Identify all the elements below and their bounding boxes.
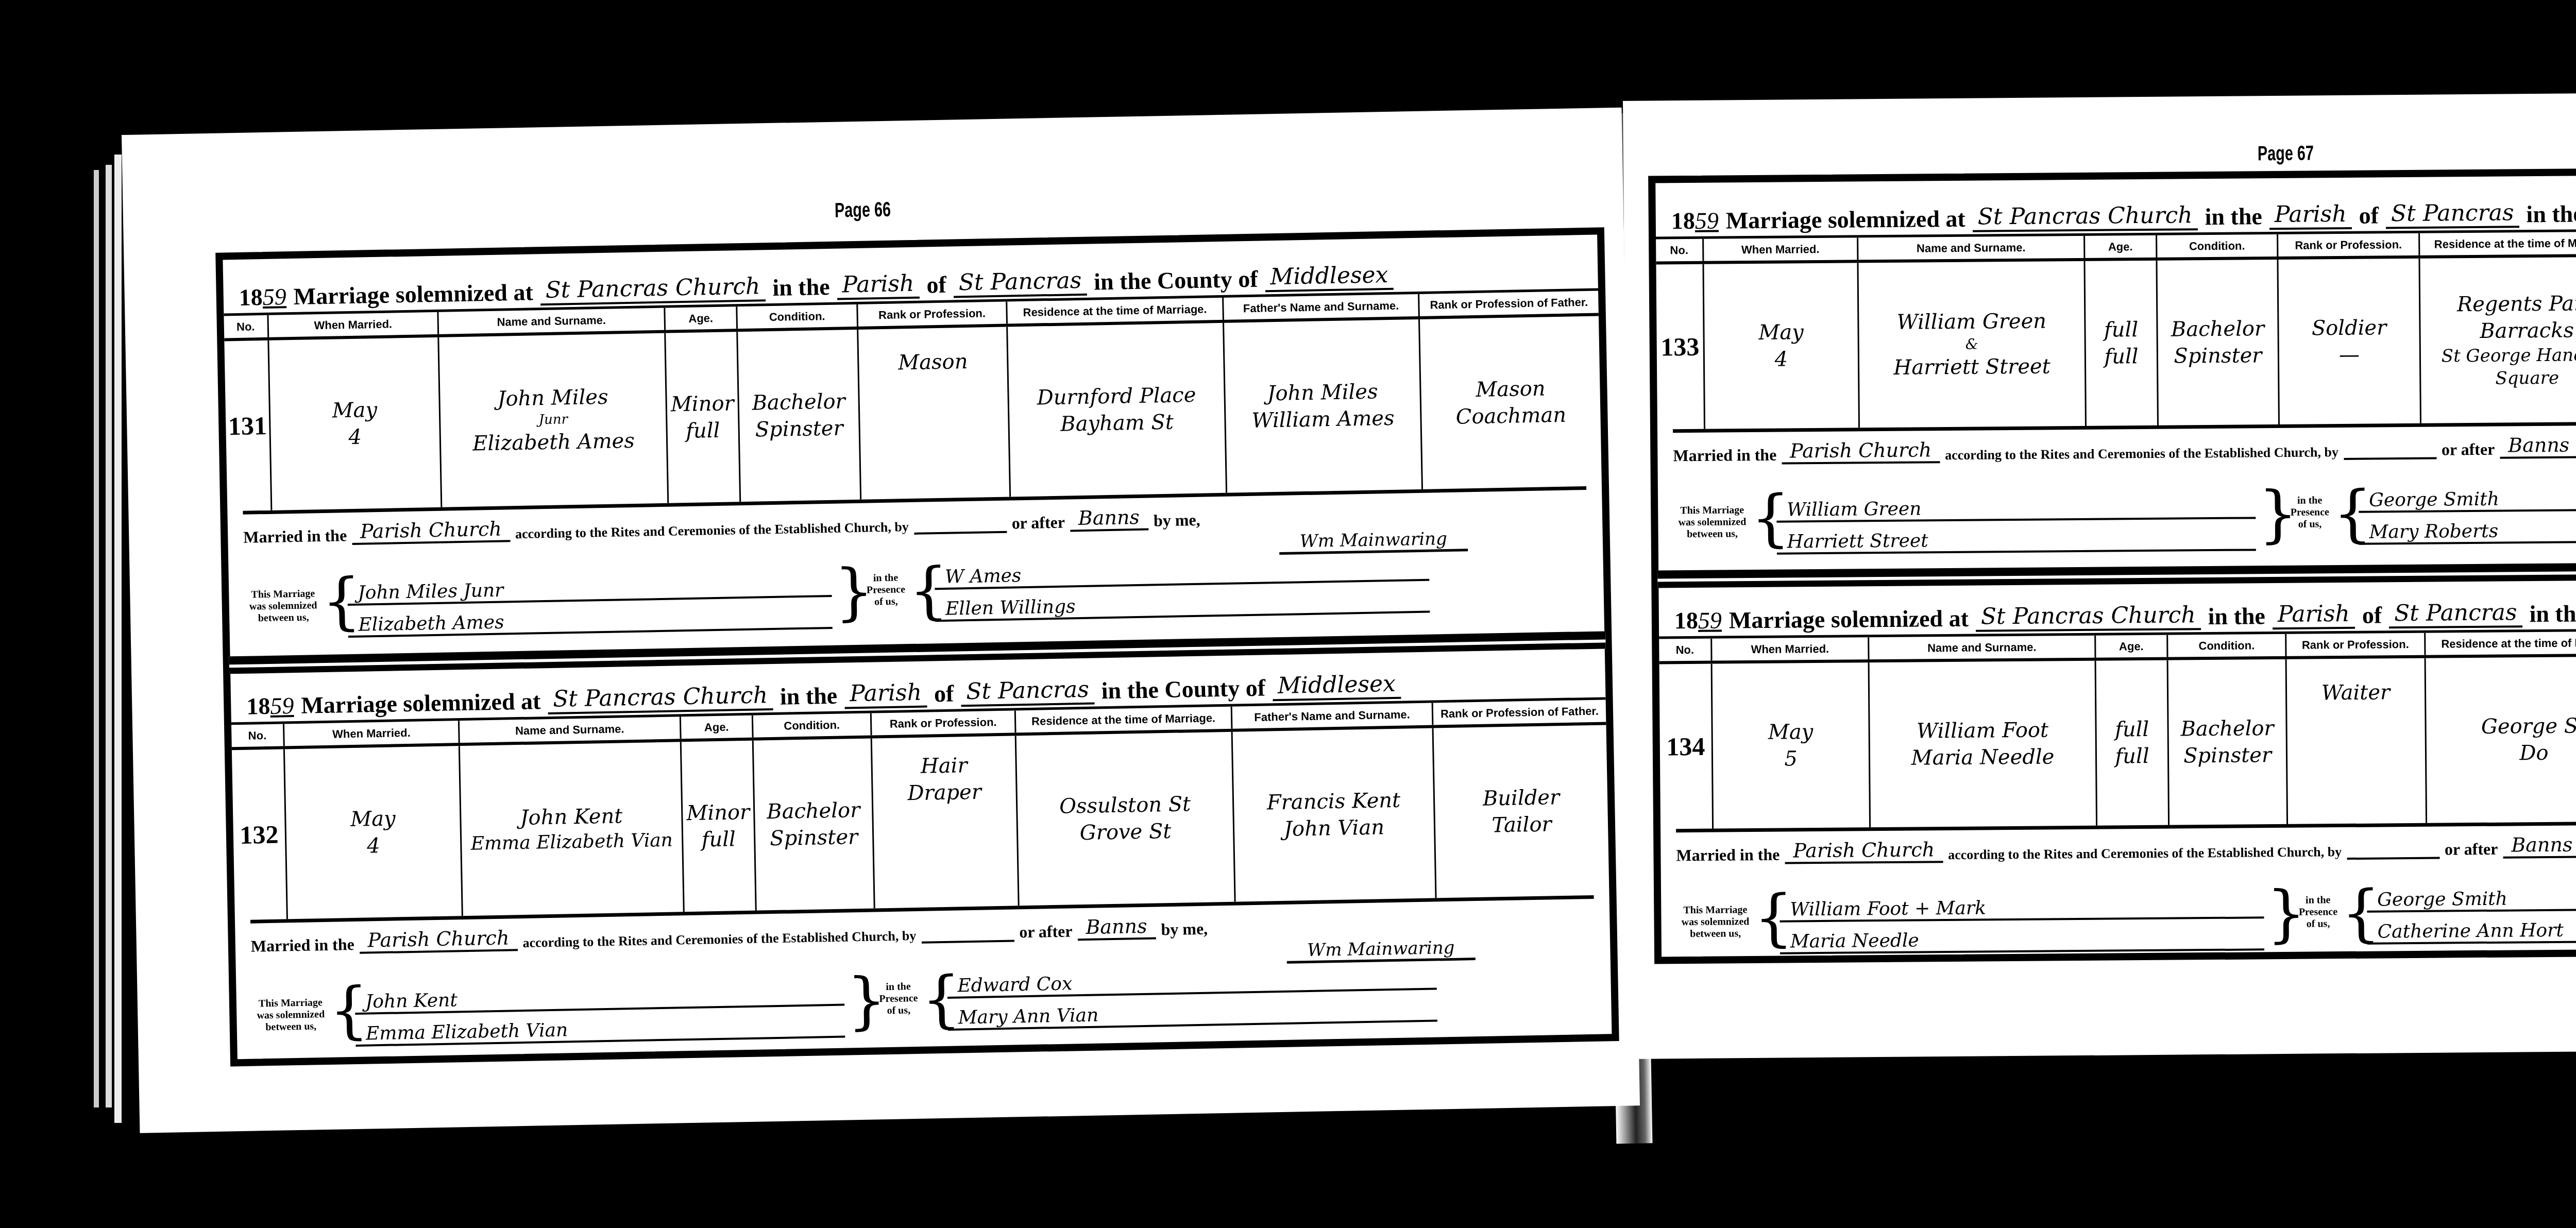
bride-condition: Spinster — [2174, 342, 2262, 369]
spouse-signature-2: Maria Needle — [1780, 922, 2264, 954]
bride-father: John Vian — [1284, 814, 1385, 843]
married-in-label: Married in the — [251, 935, 354, 956]
solemnized-between-label: This Marriage was solemnized between us, — [252, 997, 330, 1034]
witness-signature-2: Catherine Ann Hort — [2367, 912, 2576, 944]
rites-label: according to the Rites and Ceremonies of… — [1948, 844, 2342, 863]
in-the-label: in the — [772, 273, 830, 301]
witness-signature-1: W Ames — [934, 552, 1429, 590]
officiant-signature: Wm Mainwaring — [1286, 937, 1476, 964]
groom-rank: Hair Draper — [903, 752, 986, 807]
col-rank: Rank or Profession. — [2277, 233, 2418, 257]
groom-residence: Durnford Place — [1037, 382, 1196, 412]
after-label: or after — [1011, 513, 1065, 533]
cell-condition: BachelorSpinster — [2156, 260, 2278, 425]
cell-condition: BachelorSpinster — [736, 330, 860, 502]
entry-number: 133 — [1660, 332, 1699, 362]
licence-blank — [2344, 457, 2436, 460]
col-no: No. — [1659, 639, 1710, 661]
col-residence: Residence at the time of Marriage. — [1006, 298, 1223, 324]
cell-no: 133 — [1656, 264, 1704, 430]
groom-rank: Waiter — [2321, 679, 2391, 706]
page-stack-edge — [106, 165, 112, 1107]
month: May — [1758, 319, 1804, 346]
cell-age: Minorfull — [680, 741, 755, 912]
marriage-entry-134: 1859 Marriage solemnized at St Pancras C… — [1658, 577, 2576, 964]
year-handwritten: 59 — [1698, 607, 1722, 634]
bride-age: full — [2115, 743, 2149, 770]
of-label: of — [934, 680, 954, 708]
county-label: in the County of — [1094, 265, 1258, 296]
groom-age: Minor — [670, 390, 734, 418]
cell-names: William FootMaria Needle — [1868, 661, 2096, 827]
officiant-signature: Wm Mainwaring — [1279, 528, 1468, 555]
col-when-married: When Married. — [267, 312, 437, 337]
bride-residence: Grove St — [1079, 818, 1172, 846]
name-note: & — [1965, 335, 1978, 354]
col-father-name: Father's Name and Surname. — [1231, 703, 1432, 729]
signature-block: This Marriage was solemnized between us,… — [1676, 884, 2576, 971]
cell-when: May4 — [267, 337, 440, 510]
solemnized-between-label: This Marriage was solemnized between us, — [1673, 504, 1751, 540]
county-label: in the County of — [2529, 599, 2576, 627]
cell-residence: Durnford PlaceBayham St — [1006, 323, 1226, 497]
by-me-label: by me, — [1154, 510, 1200, 531]
marriage-entry-132: 1859 Marriage solemnized at St Pancras C… — [230, 649, 1612, 1065]
cell-rank: Waiter — [2285, 658, 2426, 824]
county-name: Middlesex — [1265, 262, 1394, 293]
month: May — [1768, 719, 1814, 746]
marriage-entry-131: 1859 Marriage solemnized at St Pancras C… — [223, 235, 1604, 657]
groom-name: William Foot — [1917, 717, 2048, 745]
bride-age: full — [701, 826, 736, 853]
rites-label: according to the Rites and Ceremonies of… — [522, 928, 916, 951]
col-age: Age. — [680, 715, 752, 739]
presence-label: in the Presence of us, — [2295, 894, 2342, 930]
signature-block: This Marriage was solemnized between us,… — [1673, 484, 2576, 572]
cell-names: William Green&Harriett Street — [1857, 261, 2084, 428]
register-page-right: Page 67 1859 Marriage solemnized at St P… — [1623, 90, 2576, 1059]
col-when-married: When Married. — [283, 721, 459, 746]
entry-heading: 1859 Marriage solemnized at St Pancras C… — [1671, 173, 2576, 234]
col-rank: Rank or Profession. — [856, 302, 1006, 327]
witness-signature-1: Edward Cox — [947, 961, 1437, 999]
entry-row: 132 May4 John KentEmma Elizabeth Vian Mi… — [232, 725, 1609, 920]
entry-row: 133 May4 William Green&Harriett Street f… — [1656, 254, 2576, 430]
bride-father: William Ames — [1251, 405, 1395, 434]
groom-age: Minor — [686, 799, 750, 827]
bride-name: Maria Needle — [1911, 743, 2054, 771]
year-handwritten: 59 — [270, 692, 294, 720]
groom-name: John Miles — [497, 384, 608, 413]
cell-when: May4 — [1702, 263, 1858, 429]
signature-block: This Marriage was solemnized between us,… — [251, 963, 1596, 1065]
cell-rank: Soldier— — [2277, 259, 2420, 424]
year-prefix: 18 — [1674, 607, 1698, 634]
col-condition: Condition. — [736, 304, 857, 329]
after-label: or after — [2445, 840, 2498, 859]
groom-father: John Miles — [1267, 378, 1378, 407]
day: 5 — [1784, 745, 1798, 772]
col-father-rank: Rank or Profession of Father. — [1432, 700, 1606, 725]
year-handwritten: 59 — [262, 283, 286, 311]
col-name: Name and Surname. — [437, 308, 664, 334]
of-label: of — [2359, 201, 2379, 229]
cell-age: fullfull — [2083, 261, 2157, 426]
groom-condition: Bachelor — [767, 797, 860, 825]
col-condition: Condition. — [2156, 234, 2277, 258]
groom-residence: George St — [2481, 712, 2576, 740]
parish-name: St Pancras — [961, 676, 1094, 707]
bride-age: full — [686, 417, 720, 445]
cell-father-rank: MasonCoachman — [1418, 316, 1602, 489]
rites-label: according to the Rites and Ceremonies of… — [515, 519, 909, 542]
church-name: St Pancras Church — [1973, 202, 2198, 232]
entry-number: 132 — [240, 820, 279, 850]
groom-father-rank: Builder — [1483, 784, 1560, 812]
cell-father-name: Francis KentJohn Vian — [1231, 728, 1435, 902]
bride-father-rank: Tailor — [1492, 811, 1552, 839]
county-label: in the County of — [1101, 674, 1265, 705]
banns-value: Banns — [1077, 914, 1156, 941]
groom-residence: Ossulston St — [1059, 791, 1191, 820]
groom-condition: Bachelor — [2180, 715, 2274, 742]
name-note: Junr — [538, 411, 568, 429]
parish-word: Parish — [844, 679, 927, 709]
cell-no: 132 — [232, 749, 286, 920]
bride-residence: Do — [2519, 740, 2549, 766]
groom-age: full — [2104, 316, 2139, 344]
col-residence: Residence at the time of Marriage. — [1014, 707, 1231, 733]
groom-condition: Bachelor — [752, 388, 845, 416]
solemnized-label: Marriage solemnized at — [1726, 205, 1965, 234]
cell-names: John KentEmma Elizabeth Vian — [459, 742, 683, 916]
col-no: No. — [1656, 239, 1702, 262]
parish-name: St Pancras — [2386, 199, 2519, 229]
parish-name: St Pancras — [2389, 599, 2522, 628]
groom-age: full — [2115, 716, 2149, 743]
year-prefix: 18 — [239, 283, 263, 311]
month: May — [350, 805, 396, 833]
parish-word: Parish — [2273, 601, 2355, 629]
day: 4 — [367, 832, 380, 859]
year-prefix: 18 — [1671, 207, 1695, 234]
solemnized-between-label: This Marriage was solemnized between us, — [1676, 904, 1754, 940]
col-age: Age. — [664, 306, 736, 330]
bride-residence: Bayham St — [1060, 409, 1174, 438]
cell-when: May4 — [283, 746, 462, 919]
bride-father-rank: Coachman — [1455, 402, 1566, 431]
parish-word: Parish — [837, 270, 920, 300]
spouse-signature-1: William Foot + Mark — [1780, 890, 2264, 922]
bride-rank: — — [2339, 342, 2360, 368]
cell-names: John MilesJunrElizabeth Ames — [437, 333, 667, 507]
banns-value: Banns — [2500, 433, 2576, 458]
licence-blank — [922, 940, 1014, 944]
solemnized-between-label: This Marriage was solemnized between us, — [244, 588, 322, 625]
day: 4 — [1775, 346, 1788, 373]
col-condition: Condition. — [2166, 634, 2285, 657]
cell-residence: Ossulston StGrove St — [1015, 732, 1234, 906]
solemnized-label: Marriage solemnized at — [293, 278, 533, 310]
groom-rank: Mason — [898, 348, 968, 376]
married-in-value: Parish Church — [1785, 838, 1943, 864]
presence-label: in the Presence of us, — [875, 981, 922, 1017]
col-rank: Rank or Profession. — [2285, 633, 2424, 656]
married-in-value: Parish Church — [352, 517, 511, 545]
register-form: 1859 Marriage solemnized at St Pancras C… — [1648, 165, 2576, 964]
groom-rank: Soldier — [2312, 314, 2387, 342]
groom-residence: Regents Park Barracks — [2424, 289, 2576, 345]
col-residence: Residence at the time of Marriage. — [2424, 632, 2576, 655]
entry-row: 134 May5 William FootMaria Needle fullfu… — [1659, 654, 2576, 829]
cell-condition: BachelorSpinster — [752, 739, 874, 911]
year-handwritten: 59 — [1695, 207, 1719, 234]
witness-signature-2: Ellen Willings — [935, 584, 1430, 622]
cell-condition: BachelorSpinster — [2167, 659, 2287, 825]
after-label: or after — [1019, 922, 1073, 942]
cell-age: fullfull — [2095, 660, 2168, 826]
cell-father-rank: BuilderTailor — [1432, 725, 1609, 898]
col-name: Name and Surname. — [1857, 236, 2083, 260]
col-condition: Condition. — [752, 713, 871, 738]
cell-age: Minorfull — [664, 332, 739, 503]
entry-number: 134 — [1666, 731, 1705, 762]
spouse-signature-1: John Miles Junr — [347, 568, 832, 606]
of-label: of — [2362, 601, 2382, 628]
col-when-married: When Married. — [1710, 637, 1868, 660]
bride-age: full — [2104, 343, 2139, 370]
county-name: Middlesex — [1272, 671, 1401, 702]
bride-condition: Spinster — [2183, 742, 2272, 769]
witness-signature-2: Mary Ann Vian — [947, 993, 1437, 1030]
col-name: Name and Surname. — [1868, 636, 2094, 659]
marriage-entry-133: 1859 Marriage solemnized at St Pancras C… — [1655, 173, 2576, 570]
col-name: Name and Surname. — [458, 717, 680, 743]
witness-signature-1: George Smith — [2367, 880, 2576, 912]
register-form: 1859 Marriage solemnized at St Pancras C… — [215, 227, 1619, 1066]
cell-residence: George StDo — [2425, 657, 2576, 823]
parish-word: Parish — [2269, 201, 2352, 230]
married-in-label: Married in the — [1676, 845, 1780, 865]
month: May — [332, 397, 377, 424]
cell-residence: Regents Park BarracksSt George Hanover S… — [2418, 257, 2576, 423]
presence-label: in the Presence of us, — [862, 572, 909, 608]
col-when-married: When Married. — [1702, 237, 1857, 261]
year-prefix: 18 — [246, 692, 270, 720]
after-label: or after — [2442, 440, 2495, 459]
banns-value: Banns — [2503, 833, 2576, 858]
bride-condition: Spinster — [755, 415, 843, 443]
church-name: St Pancras Church — [1976, 602, 2201, 632]
day: 4 — [348, 424, 362, 451]
bride-residence: St George Hanover Square — [2424, 343, 2576, 390]
cell-father-name: John MilesWilliam Ames — [1223, 319, 1421, 493]
entry-number: 131 — [228, 411, 267, 441]
page-number: Page 67 — [2258, 142, 2314, 165]
groom-father-rank: Mason — [1476, 375, 1546, 403]
register-page-left: Page 66 1859 Marriage solemnized at St P… — [122, 108, 1640, 1133]
bride-name: Emma Elizabeth Vian — [470, 828, 673, 856]
col-father-rank: Rank or Profession of Father. — [1418, 291, 1599, 316]
spouse-signature-1: William Green — [1776, 490, 2256, 522]
parish-name: St Pancras — [953, 267, 1087, 298]
witness-signature-1: George Smith — [2359, 480, 2576, 513]
licence-blank — [2347, 857, 2439, 860]
by-me-label: by me, — [1161, 919, 1208, 940]
married-in-label: Married in the — [1673, 446, 1776, 466]
married-in-value: Parish Church — [359, 926, 518, 954]
col-rank: Rank or Profession. — [870, 710, 1015, 735]
solemnized-label: Marriage solemnized at — [1729, 605, 1969, 634]
page-number: Page 66 — [835, 198, 891, 223]
witness-signature-2: Mary Roberts — [2359, 512, 2576, 544]
bride-condition: Spinster — [770, 824, 858, 852]
groom-condition: Bachelor — [2171, 315, 2264, 343]
groom-father: Francis Kent — [1267, 787, 1401, 816]
spouse-signature-1: John Kent — [354, 977, 844, 1015]
in-the-label: in the — [780, 682, 838, 710]
col-no: No. — [231, 724, 283, 747]
church-name: St Pancras Church — [548, 682, 773, 714]
married-in-value: Parish Church — [1782, 438, 1940, 464]
solemnized-label: Marriage solemnized at — [301, 687, 541, 719]
cell-rank: Mason — [857, 327, 1009, 500]
page-stack-edge — [94, 170, 99, 1107]
banns-value: Banns — [1070, 506, 1148, 532]
in-the-label: in the — [2205, 202, 2262, 230]
cell-no: 131 — [224, 340, 270, 511]
entry-row: 131 May4 John MilesJunrElizabeth Ames Mi… — [224, 316, 1602, 511]
groom-name: William Green — [1897, 308, 2047, 335]
bride-name: Harriett Street — [1893, 353, 2050, 381]
rites-label: according to the Rites and Ceremonies of… — [1945, 445, 2338, 463]
church-name: St Pancras Church — [540, 273, 766, 305]
col-residence: Residence at the time of Marriage. — [2418, 232, 2576, 255]
married-in-label: Married in the — [243, 526, 347, 547]
presence-label: in the Presence of us, — [2286, 494, 2333, 531]
col-no: No. — [224, 315, 267, 338]
groom-name: John Kent — [520, 803, 623, 831]
col-father-name: Father's Name and Surname. — [1222, 294, 1418, 320]
cell-rank: Hair Draper — [871, 736, 1018, 908]
county-label: in the County of — [2526, 199, 2576, 228]
spouse-signature-2: Harriett Street — [1776, 522, 2256, 554]
of-label: of — [926, 271, 946, 299]
cell-no: 134 — [1659, 664, 1713, 829]
spouse-signature-2: Elizabeth Ames — [348, 600, 833, 638]
page-stack-edge — [114, 155, 122, 1123]
spouse-signature-2: Emma Elizabeth Vian — [355, 1009, 845, 1047]
licence-blank — [914, 531, 1007, 535]
bride-name: Elizabeth Ames — [472, 428, 635, 457]
entry-heading: 1859 Marriage solemnized at St Pancras C… — [1674, 572, 2576, 634]
cell-when: May5 — [1711, 662, 1870, 828]
col-age: Age. — [2083, 235, 2156, 258]
in-the-label: in the — [2208, 602, 2265, 630]
col-age: Age. — [2094, 635, 2166, 658]
